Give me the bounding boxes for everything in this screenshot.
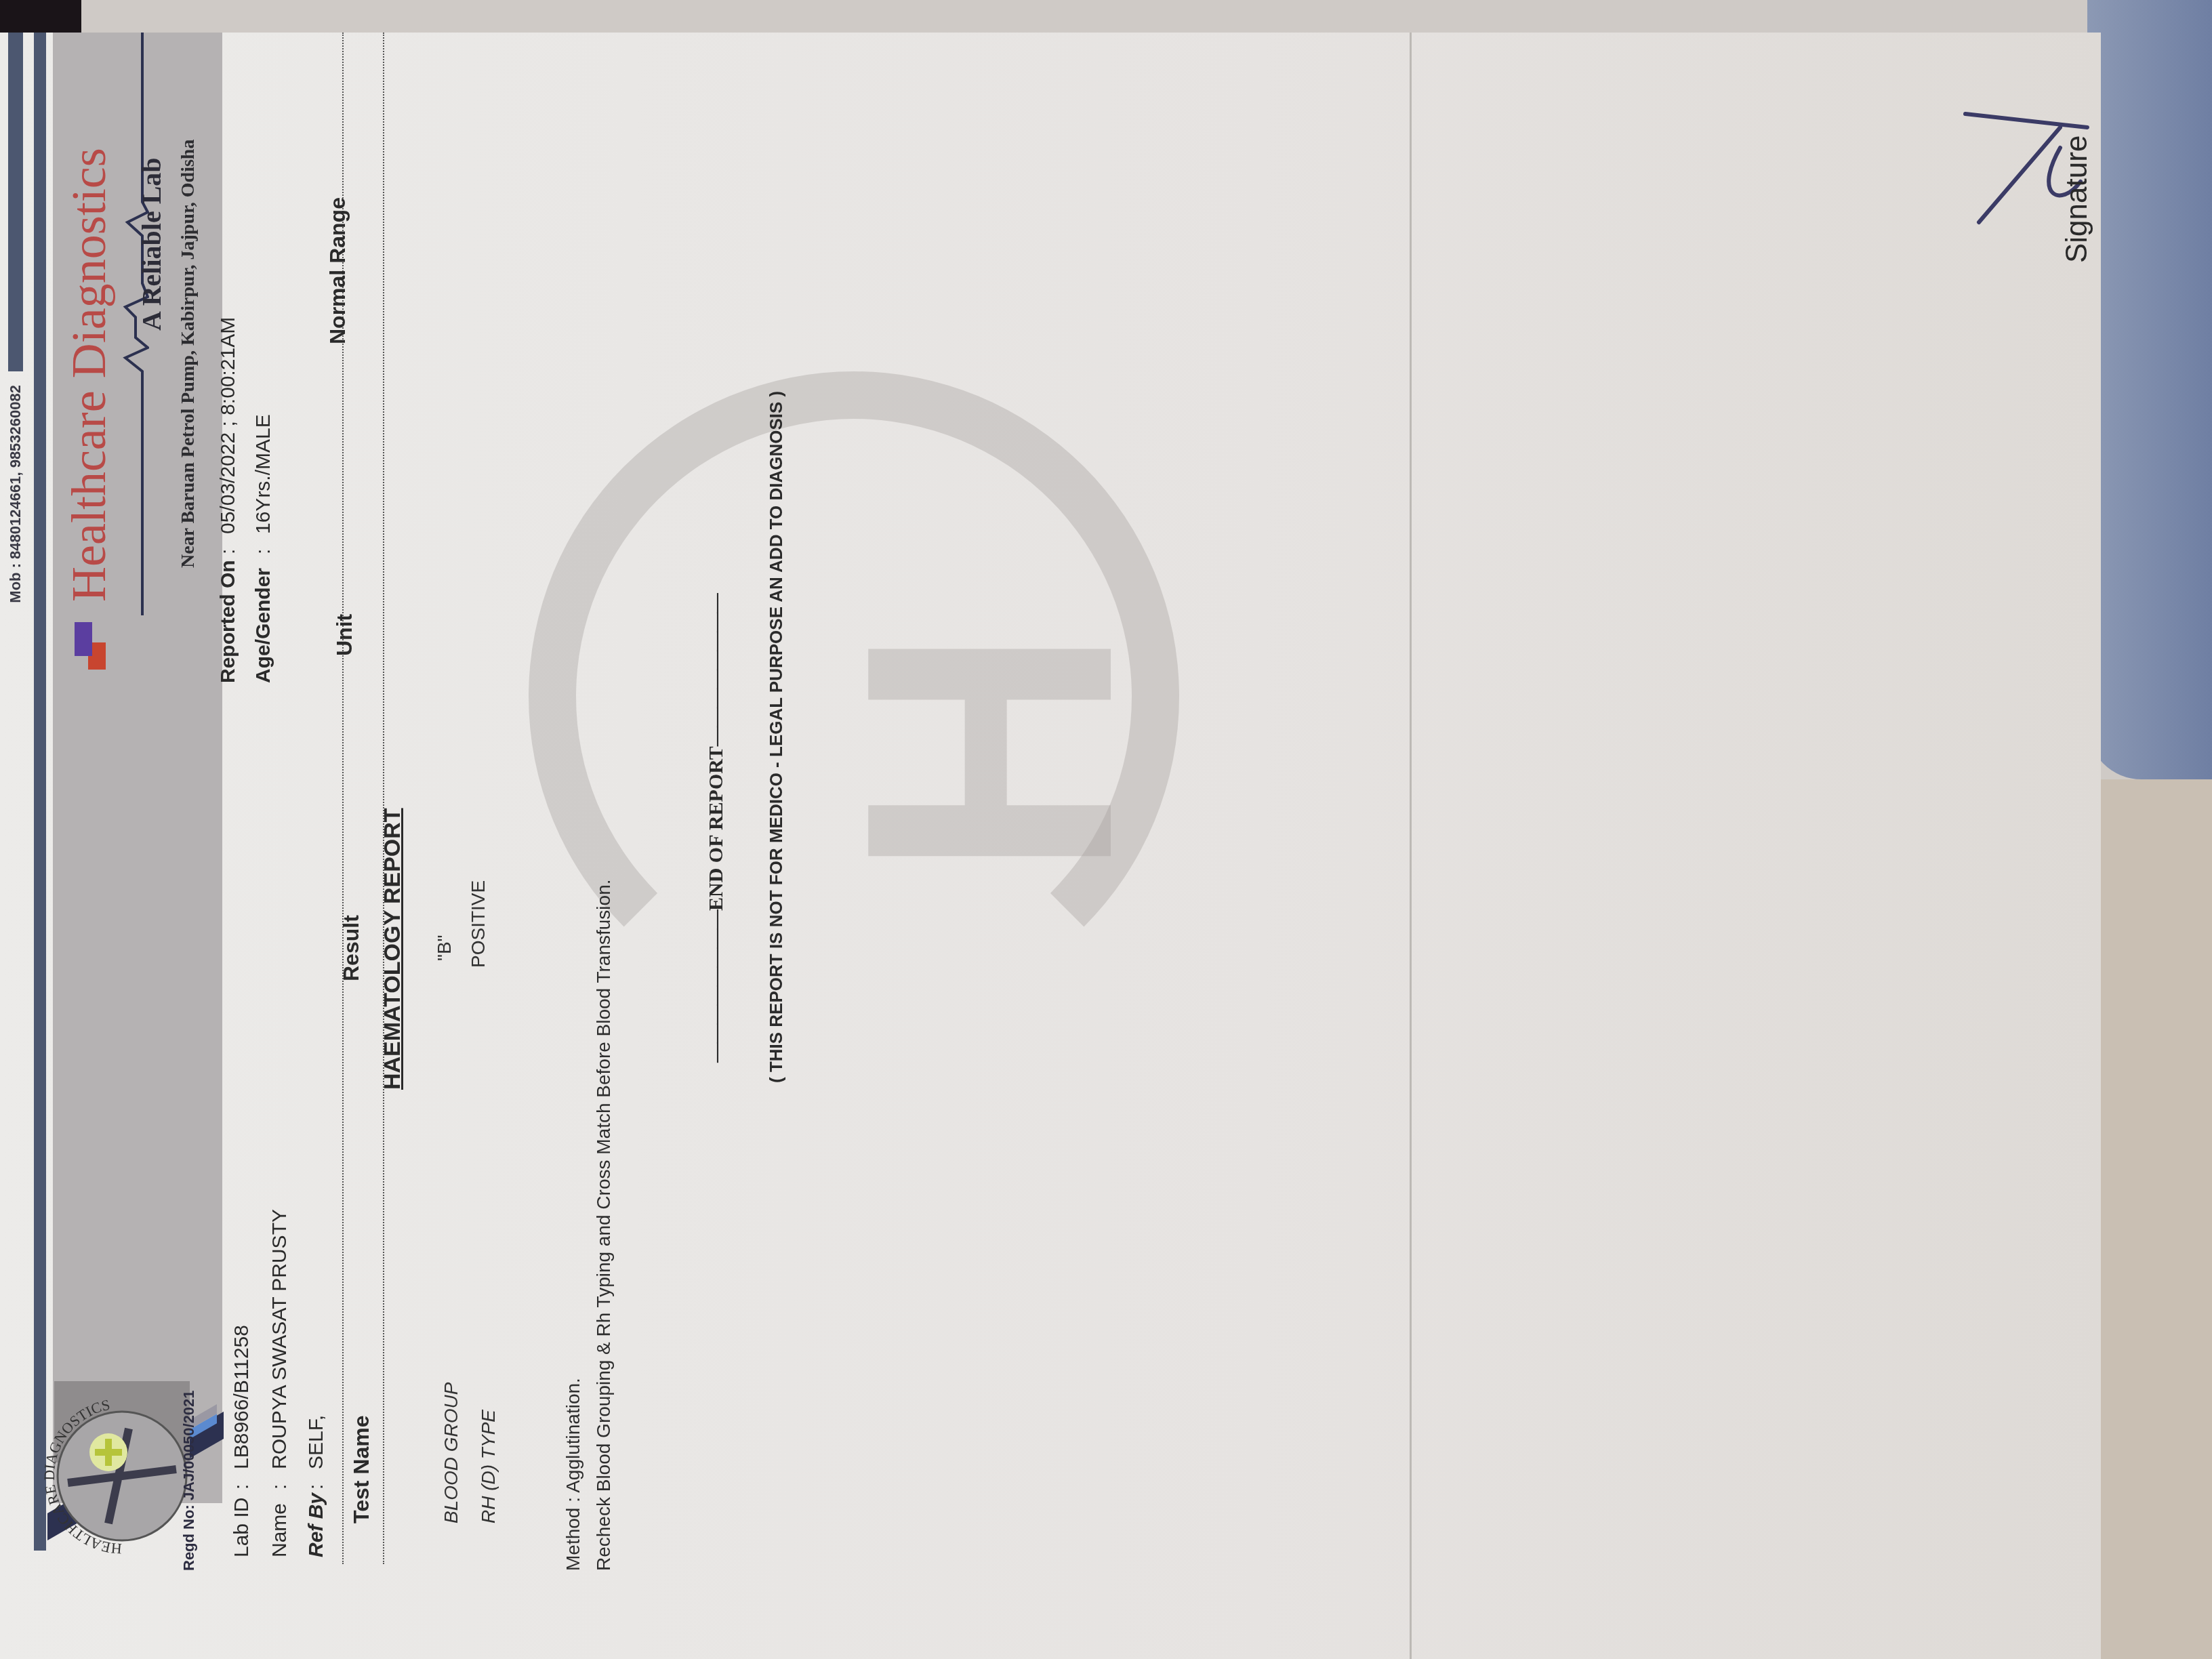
lab-id-label: Lab ID: [230, 1490, 253, 1557]
lab-id-value: LB8966/B11258: [230, 1325, 253, 1469]
lab-report-page: Mob : 8480124661, 9853260082 HEALTHCARE …: [0, 33, 2101, 1659]
reported-on-value: 05/03/2022 ; 8:00:21AM: [217, 317, 239, 534]
age-gender-row: Age/Gender:16Yrs./MALE: [252, 414, 275, 683]
age-gender-label: Age/Gender: [252, 554, 275, 683]
signature-label: Signature: [2060, 136, 2094, 263]
ref-by-row: Ref By:SELF,: [305, 1415, 328, 1557]
registration-number: Regd No: JAJ/00050/2021: [180, 1390, 198, 1571]
column-header-normal-range: Normal Range: [325, 197, 350, 344]
ref-by-value: SELF,: [305, 1415, 327, 1469]
end-of-report: ————————END OF REPORT————————: [705, 594, 728, 1063]
legal-disclaimer: ( THIS REPORT IS NOT FOR MEDICO - LEGAL …: [766, 391, 787, 1083]
patient-name-row: Name:ROUPYA SWASAT PRUSTY: [268, 1209, 291, 1557]
lab-address: Near Baruan Petrol Pump, Kabirpur, Jajpu…: [178, 140, 199, 568]
table-rule-bottom: [383, 33, 384, 1564]
name-label: Name: [268, 1490, 291, 1557]
header-bar-second: [34, 33, 46, 1551]
brand-logo-icon: [68, 615, 115, 670]
method-note: Method : Agglutination.: [562, 1378, 584, 1571]
reported-on-row: Reported On:05/03/2022 ; 8:00:21AM: [217, 317, 240, 683]
watermark-h-icon: H: [813, 625, 1166, 880]
brand-tagline: A Reliable Lab: [136, 157, 167, 331]
lab-id-row: Lab ID:LB8966/B11258: [230, 1325, 253, 1557]
ref-by-label: Ref By: [305, 1490, 328, 1557]
patient-name-value: ROUPYA SWASAT PRUSTY: [268, 1209, 291, 1469]
test-name-blood-group: BLOOD GROUP: [441, 1382, 462, 1523]
brand-title: Healthcare Diagnostics: [61, 148, 117, 602]
reported-on-label: Reported On: [217, 554, 240, 683]
header-bar-top: [8, 33, 23, 371]
result-blood-group: "B": [434, 935, 455, 961]
paper-fold: [1410, 33, 1412, 1659]
lab-emblem-icon: HEALTHCARE DIAGNOSTICS: [27, 1374, 197, 1564]
result-rh-type: POSITIVE: [468, 880, 489, 968]
column-header-result: Result: [339, 915, 364, 981]
column-header-unit: Unit: [332, 614, 357, 656]
section-title: HAEMATOLOGY REPORT: [380, 808, 406, 1090]
contact-mobile: Mob : 8480124661, 9853260082: [7, 385, 24, 603]
recheck-note: Recheck Blood Grouping & Rh Typing and C…: [593, 880, 615, 1571]
age-gender-value: 16Yrs./MALE: [252, 414, 274, 534]
column-header-test-name: Test Name: [349, 1416, 374, 1523]
test-name-rh-type: RH (D) TYPE: [478, 1410, 499, 1523]
